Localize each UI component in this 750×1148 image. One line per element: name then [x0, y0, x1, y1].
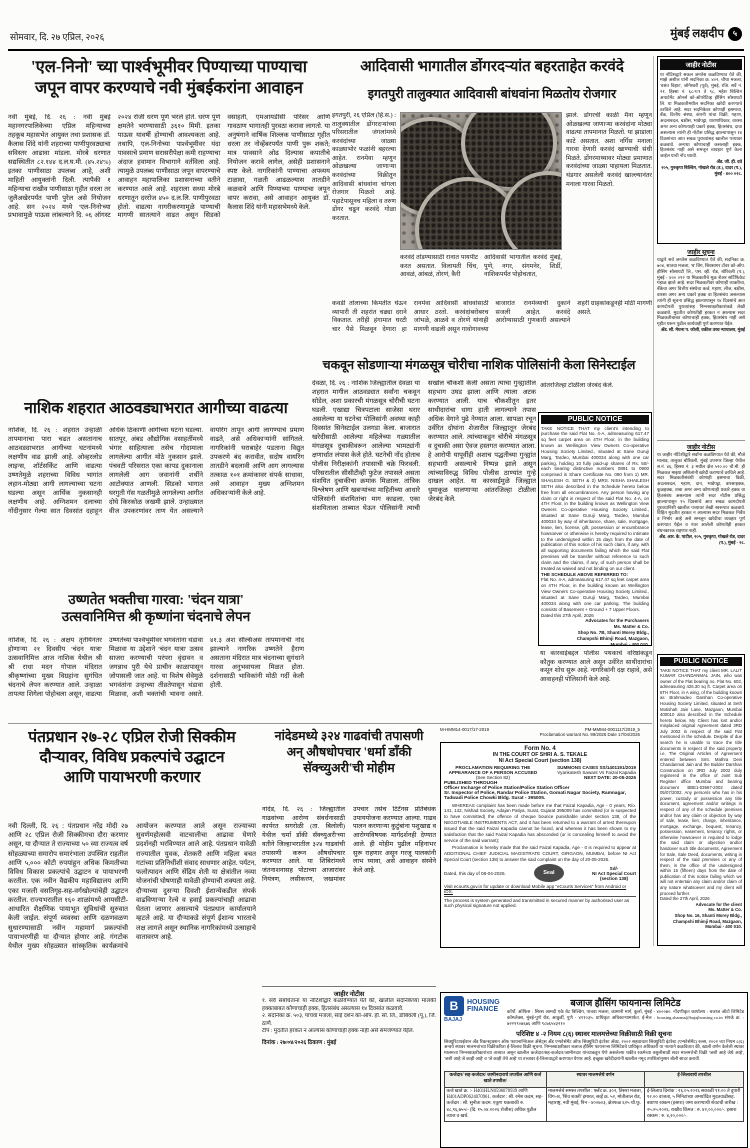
adivasi-col-right: झाले. डोंगरची काळी मैना म्हणून ओळखल्या ज…	[566, 112, 652, 250]
mini-notice-line-2: २. सदनिका क्र. ५०३, पाचवा मजला, साई दर्श…	[262, 1013, 436, 1028]
bajaj-brand-name: BAJAJ	[444, 1017, 502, 1023]
bajaj-col-borrower: कर्जदार/ सह-कर्जदार/ जामीनदाराचे तपशील आ…	[445, 1071, 547, 1087]
bajaj-title: बजाज हौसिंग फायनान्स लिमिटेड	[507, 996, 744, 1009]
article-body-chandan: नाशिक, दि. २६ : अक्षय तृतीयेनंतर होणाऱ्य…	[8, 637, 304, 721]
table-row: कर्ज खाते क्र. :- H401HLN0596070939 आणि …	[445, 1087, 744, 1122]
subhead-adivasi: इगतपुरी तालुक्यात आदिवासी बांधवांना मिळत…	[332, 86, 652, 106]
jahir-notice-3-body: या जाहीर नोटिशीद्वारे सर्वांना कळविण्यात…	[657, 452, 745, 534]
column-rule	[653, 56, 654, 946]
mini-notice-line-1: १. सर्व संबंधितांना या नोटिशीद्वारे कळवि…	[262, 998, 436, 1013]
masthead-title: मुंबई लक्षदीप	[670, 26, 724, 41]
jahir-notice-2: जाहीर सूचना याद्वारे सर्व जनतेस कळविण्या…	[657, 248, 745, 436]
article-body-adivasi: कवडी तोलाच्या किमतीत घेऊन व्यापारी ती शह…	[332, 300, 652, 354]
header-rule	[8, 49, 744, 51]
article-body-elnino: नवी मुंबई, दि. २६ : नवी मुंबई महानगरपालि…	[8, 114, 330, 395]
public-notice-2: PUBLIC NOTICE TAKE NOTICE THAT my client…	[657, 654, 745, 946]
court-ref-right-2: Proclamation warrant No. 99/2026 Date 17…	[540, 732, 640, 737]
bajaj-cell-property: मालमत्तेचे समस्त तपशील : फ्लॅट क्र. ३०२,…	[546, 1087, 645, 1122]
bajaj-paragraph: सिक्युरिटायझेशन अँड रिकन्स्ट्रक्शन ऑफ फा…	[444, 1039, 744, 1069]
headline-nashik: नाशिक शहरात आठवड्याभरात आगीच्या वाढत्या …	[8, 399, 304, 423]
masthead: मुंबई लक्षदीप ५	[670, 26, 742, 41]
headline-chandan: उष्णतेत भक्तीचा गारवा: 'चंदन यात्रा' उत्…	[8, 591, 304, 633]
court-ecourts-line: Visit ecourts.gov.in for update or downl…	[444, 884, 636, 894]
chori-tail: या कारवाईबद्दल पोलीस पथकाचे वरिष्ठांकडून…	[540, 650, 652, 720]
article-body-nanded: नांदेड, दि. २६ : जिल्ह्यातील गाढवांच्या …	[262, 806, 436, 982]
court-ni-act: NI Act Special Court (section 138)	[444, 758, 636, 764]
court-officer-2: Sr. Inspector of Police, Randar Police S…	[444, 791, 636, 801]
headline-adivasi: आदिवासी भागातील डोंगरदऱ्यांत बहरताहेत कर…	[332, 58, 652, 80]
public-notice-1-address-3: Mumbai - 400 010.	[541, 642, 649, 646]
jahir-notice-1-title: जाहीर नोटीस	[660, 59, 742, 70]
public-notice-1: PUBLIC NOTICE TAKE NOTICE THAT my client…	[538, 412, 652, 646]
jahir-notice-2-body: याद्वारे सर्व जनतेस कळविण्यात येते की, स…	[657, 257, 745, 327]
karvande-photo	[400, 112, 562, 250]
jahir-notice-2-sign: ॲड. सौ. मेघना प. जोशी, वकील उच्च न्यायाल…	[657, 327, 745, 333]
court-sd-section: (section 138)	[592, 876, 636, 881]
adivasi-col-left: इगतपुरी, २६ एप्रिल (हि.स.) : तालुक्यातील…	[332, 112, 396, 250]
court-para-1: WHEREAS complaint has been made before m…	[444, 803, 636, 844]
jahir-notice-3: जाहीर नोटीस या जाहीर नोटिशीद्वारे सर्वां…	[657, 440, 745, 650]
article-body-chori: देवळा, दि. २६ : नाशिक जिल्ह्यातील देवळा …	[312, 380, 536, 720]
bajaj-logo: B HOUSING FINANCE BAJAJ	[444, 996, 502, 1027]
bajaj-col-auction: ई-लिलावाचे तपशील	[645, 1071, 744, 1087]
public-notice-1-body: TAKE NOTICE THAT my client's intending t…	[541, 426, 649, 572]
bajaj-brand-finance: FINANCE	[467, 1006, 500, 1013]
section-divider	[8, 723, 652, 724]
public-notice-2-title: PUBLIC NOTICE	[660, 657, 742, 666]
jahir-notice-3-sign: ॲड. आर. के. पाटील, २०५, गुरुकृपा, गोखले …	[657, 534, 745, 546]
jahir-notice-1-sign-address: २०५, गुरुकृपा बिल्डिंग, गोखले रोड (उ.), …	[660, 165, 742, 177]
mini-notice-line-3: टीप : मुदतीत हरकत न आल्यास कोणाचाही हक्क…	[262, 1028, 436, 1036]
headline-chori: चकवून सोडणाऱ्या मंगळसूत्र चोरीचा नाशिक प…	[306, 357, 652, 375]
jahir-notice-3-title: जाहीर नोटीस	[657, 443, 745, 451]
bajaj-cell-borrower: कर्ज खाते क्र. :- H401HLN0596070939 आणि …	[445, 1087, 547, 1122]
photo-caption-2: आदिवासी भागातील करवंदे मुंबई, पुणे, नगर,…	[484, 254, 562, 298]
article-body-pm: नवी दिल्ली, दि. २६ : पंतप्रधान नरेंद्र म…	[8, 822, 256, 1144]
bajaj-logo-icon: B	[444, 996, 464, 1016]
public-notice-1-title: PUBLIC NOTICE	[541, 415, 649, 424]
bajaj-subtitle: परिशिष्ट ४ -२ नियम ८(६) स्थावर मालमत्तेच…	[444, 1029, 744, 1038]
court-ref-left: M-HMM14-0017/17-2019	[440, 727, 489, 741]
court-para-2: Proclamation is hereby made that the sai…	[444, 845, 636, 863]
page-number-badge: ५	[728, 27, 742, 41]
article-body-nashik: नाशिक, दि. २६ : शहरात उन्हाळी तापमानाचा …	[8, 427, 304, 587]
jahir-notice-1: जाहीर नोटीस या नोटिसद्वारे सकल जनतेस कळव…	[657, 56, 745, 244]
table-header-row: कर्जदार/ सह-कर्जदार/ जामीनदाराचे तपशील आ…	[445, 1071, 744, 1087]
bajaj-brand-housing: HOUSING	[467, 999, 500, 1006]
headline-pm: पंतप्रधान २७-२८ एप्रिल रोजी सिक्कीम दौऱ्…	[8, 728, 256, 818]
court-refs: M-HMM14-0017/17-2019 PM-MMM4-0001117/201…	[440, 727, 640, 741]
public-notice-2-body: TAKE NOTICE THAT my client MR. LALIT KUM…	[660, 668, 742, 897]
photo-caption-1: करवंदे तोडण्यासाठी रानात पायपीट करत असता…	[400, 254, 478, 298]
court-next-date: NEXT DATE: 20-05-2026	[546, 775, 636, 780]
court-dated: Dated, this day of 08-04-2026.	[444, 871, 506, 876]
chori-fragment: आंतरजिल्हा टोळीला जेरबंद केले.	[540, 382, 652, 408]
edition-date: सोमवार, दि. २७ एप्रिल, २०२६	[10, 30, 104, 43]
bajaj-auction-table: कर्जदार/ सह-कर्जदार/ जामीनदाराचे तपशील आ…	[444, 1071, 744, 1123]
headline-elnino: 'एल-निनो' च्या पार्श्वभूमीवर पिण्याच्या …	[8, 56, 330, 110]
public-notice-2-address-3: Mumbai - 400 010.	[660, 924, 742, 930]
mini-notice-date: दिनांक : २७/०४/२०२६ ठिकाण : मुंबई	[262, 1038, 436, 1046]
court-notice-box: Form No. 4 IN THE COURT OF SHRI A. S. TE…	[440, 742, 640, 948]
headline-nanded: नांदेडमध्ये ३२४ गाढवांची तपासणी अन् औषधो…	[262, 728, 436, 802]
mini-notice-title: जाहीर नोटीस	[262, 989, 436, 998]
court-seal-icon: Seal	[534, 864, 564, 882]
public-notice-1-body2: Flat No. 4-A, admeasuring 617.47 sq feet…	[541, 577, 649, 612]
court-process-note: The process is system generated and tran…	[444, 896, 636, 909]
bajaj-cell-auction: ई-लिलाव दिनांक : २६.०५.२०२६ सकाळी ११.०० …	[645, 1087, 744, 1122]
mini-notice: जाहीर नोटीस १. सर्व संबंधितांना या नोटिश…	[262, 986, 436, 1144]
court-see-section: (See Section 82)	[444, 775, 542, 780]
bajaj-col-property: स्थावर मालमत्तेचे वर्णन	[546, 1071, 645, 1087]
jahir-notice-1-body: या नोटिसद्वारे सकल जनतेस कळविण्यात येते …	[660, 72, 742, 160]
jahir-notice-2-title: जाहीर सूचना	[657, 248, 745, 256]
court-proclamation-title: PROCLAMATION REQUIRING THE APPEARANCE OF…	[444, 765, 542, 775]
bajaj-ad: B HOUSING FINANCE BAJAJ बजाज हौसिंग फायन…	[440, 992, 748, 1148]
bajaj-address: कॉर्पो. ऑफिस : सिरस आमदी एके बेट बिल्डिं…	[507, 1009, 744, 1027]
